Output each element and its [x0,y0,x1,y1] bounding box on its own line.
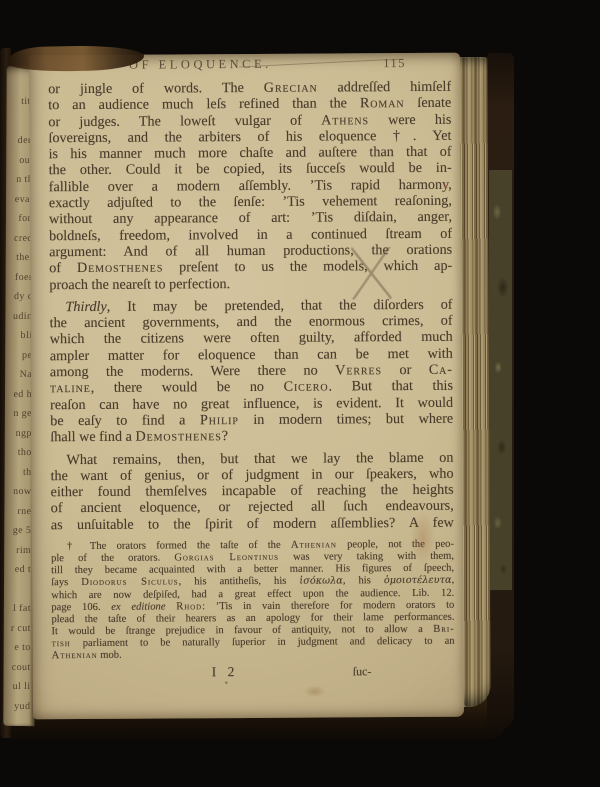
stain [300,683,330,699]
edge-text-fragment: yud [3,696,30,716]
edge-text-fragment: fon [6,209,33,229]
edge-text-fragment: rne [4,501,31,521]
edge-text-fragment: ul li [3,677,30,697]
edge-text-fragment: dy c [5,287,32,307]
catchword: ſuc- [353,664,372,680]
edge-text-fragment: tho [5,443,32,463]
text-line: ſhall we find a Demosthenes? [50,427,453,446]
text-line: of Demosthenes preſent to us the models,… [49,258,452,277]
edge-text-fragment: udin [5,306,32,326]
text-line: Athenian mob. [52,648,455,663]
edge-text-fragment: rim [4,540,31,560]
book-cover-edge [487,53,514,729]
edge-text-fragment [4,579,31,599]
marbled-paper [489,170,512,590]
edge-text-fragment: l fat [4,599,31,619]
book-page: OF ELOQUENCE. 115 or jingle of words. Th… [29,53,464,720]
paragraph: or jingle of words. The Grecian addreſſe… [48,79,452,293]
paragraph: What remains, then, but that we lay the … [50,449,453,533]
footnote: † The orators formed the taſte of the At… [51,539,455,663]
paragraph: Thirdly, It may be pretended, that the d… [49,297,453,446]
edge-text-fragment: foer [6,267,33,287]
signature-row: I 2 ſuc- [52,663,455,683]
book-photo: tit, denouln thevatfoncredtheifoerdy cud… [0,0,600,787]
edge-text-fragment: thei [6,248,33,268]
edge-text-fragment: r cut [4,618,31,638]
text-line: proach the neareſt to perfection. [49,274,452,293]
edge-text-fragment: cred [6,228,33,248]
text-line: be eaſy to find a Philip in modern times… [50,411,453,430]
body-text: or jingle of words. The Grecian addreſſe… [48,79,455,684]
edge-text-fragment: n ge [5,404,32,424]
text-line: as unſuitable to the ſpirit of modern aſ… [51,514,454,533]
edge-text-fragment: e to [4,638,31,658]
edge-text-fragment: ngp [5,423,32,443]
edge-text-fragment: bli [5,326,32,346]
edge-text-fragment: now [4,482,31,502]
signature-mark: I 2 [212,664,239,680]
edge-text-fragment: ed h [5,384,32,404]
edge-text-fragment: th [5,462,32,482]
edge-text-fragment: pe [5,345,32,365]
edge-text-fragment: cout [4,657,31,677]
edge-text-fragment: Na [5,365,32,385]
header-title: OF ELOQUENCE. [129,57,272,73]
pencil-x-mark [351,247,391,299]
edge-text-fragment: ed t [4,560,31,580]
edge-text-fragment: ge 5 [4,521,31,541]
